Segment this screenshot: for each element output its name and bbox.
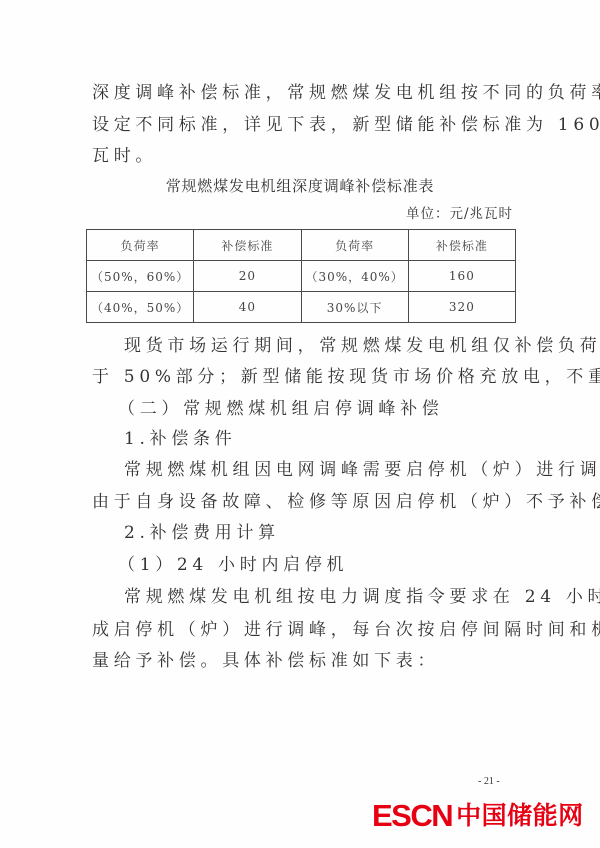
subsection-2-line-2: 成启停机（炉）进行调峰，每台次按启停间隔时间和机组容 [92,618,512,642]
compensation-standard-table: 负荷率 补偿标准 负荷率 补偿标准 （50%，60%） 20 （30%，40%）… [86,229,516,323]
logo-brand-cn: 中国储能网 [456,799,584,833]
logo-brand-en: ESCN [372,799,452,833]
table-row: （40%，50%） 40 30%以下 320 [87,292,516,323]
section-heading: （二）常规燃煤机组启停调峰补偿 [118,397,538,421]
table-cell: （50%，60%） [87,261,194,292]
paragraph-2-line-2: 于 50%部分；新型储能按现货市场价格充放电，不重复补偿。 [92,365,512,389]
table-unit-label: 单位：元/兆瓦时 [406,205,513,223]
subsection-2-item-heading: （1）24 小时内启停机 [118,553,538,577]
paragraph-2-line-1: 现货市场运行期间，常规燃煤发电机组仅补偿负荷率低 [124,334,544,358]
table-cell: （40%，50%） [87,292,194,323]
paragraph-1-line-2: 设定不同标准，详见下表，新型储能补偿标准为 160 元/兆 [92,113,512,137]
table-cell: 30%以下 [301,292,408,323]
table-header-cell: 补偿标准 [408,230,515,261]
table-cell: 320 [408,292,515,323]
subsection-1-line-1: 常规燃煤机组因电网调峰需要启停机（炉）进行调峰， [124,458,544,482]
subsection-1-heading: 1.补偿条件 [124,427,544,451]
table-cell: 40 [194,292,301,323]
subsection-1-line-2: 由于自身设备故障、检修等原因启停机（炉）不予补偿。 [92,490,512,514]
table-cell: 160 [408,261,515,292]
document-page: 深度调峰补偿标准，常规燃煤发电机组按不同的负荷率水平 设定不同标准，详见下表，新… [0,0,600,848]
escn-watermark-logo: ESCN 中国储能网 [372,799,584,833]
paragraph-1-line-3: 瓦时。 [92,144,512,168]
table-cell: 20 [194,261,301,292]
subsection-2-line-3: 量给予补偿。具体补偿标准如下表： [92,649,512,673]
table-cell: （30%，40%） [301,261,408,292]
table-caption: 常规燃煤发电机组深度调峰补偿标准表 [0,176,600,196]
table-header-cell: 负荷率 [301,230,408,261]
paragraph-1-line-1: 深度调峰补偿标准，常规燃煤发电机组按不同的负荷率水平 [92,81,512,105]
table-header-row: 负荷率 补偿标准 负荷率 补偿标准 [87,230,516,261]
subsection-2-heading: 2.补偿费用计算 [124,521,544,545]
table-header-cell: 负荷率 [87,230,194,261]
subsection-2-line-1: 常规燃煤发电机组按电力调度指令要求在 24 小时内完 [124,585,544,609]
page-number: - 21 - [478,776,500,787]
table-header-cell: 补偿标准 [194,230,301,261]
table-row: （50%，60%） 20 （30%，40%） 160 [87,261,516,292]
